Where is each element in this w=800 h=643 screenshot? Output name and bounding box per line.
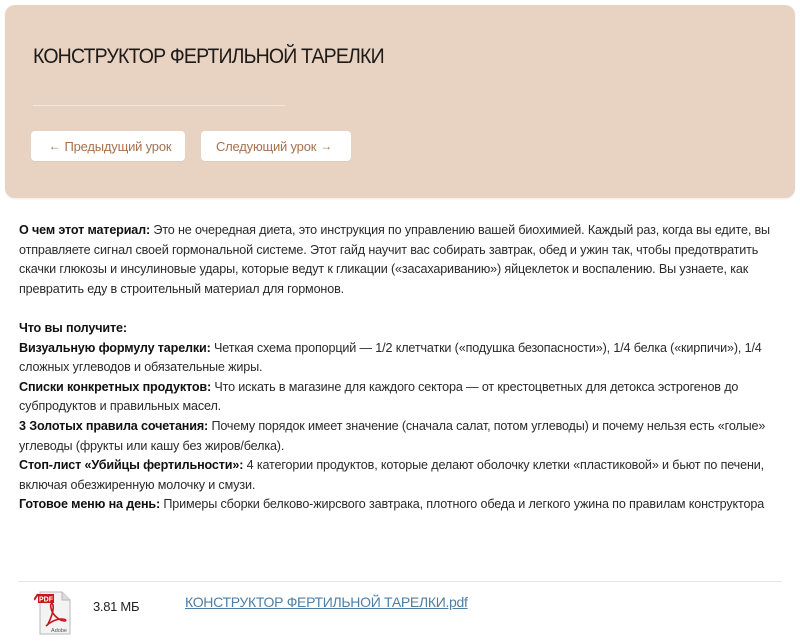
- header-divider: [33, 105, 285, 106]
- intro-paragraph: О чем этот материал: Это не очередная ди…: [19, 221, 789, 299]
- lesson-header: КОНСТРУКТОР ФЕРТИЛЬНОЙ ТАРЕЛКИ ← Предыду…: [5, 5, 795, 198]
- pdf-file-icon[interactable]: PDF Adobe: [34, 590, 74, 636]
- previous-lesson-label: Предыдущий урок: [64, 139, 171, 154]
- previous-lesson-button[interactable]: ← Предыдущий урок: [31, 131, 185, 161]
- arrow-right-icon: →: [320, 139, 332, 153]
- arrow-left-icon: ←: [49, 139, 61, 153]
- svg-text:PDF: PDF: [39, 597, 54, 604]
- next-lesson-label: Следующий урок: [216, 139, 316, 154]
- lesson-description: О чем этот материал: Это не очередная ди…: [19, 221, 789, 515]
- benefits-heading: Что вы получите:: [19, 319, 789, 339]
- benefit-item: Визуальную формулу тарелки: Четкая схема…: [19, 339, 789, 378]
- svg-text:Adobe: Adobe: [51, 628, 67, 634]
- page-title: КОНСТРУКТОР ФЕРТИЛЬНОЙ ТАРЕЛКИ: [33, 45, 384, 69]
- benefit-item: Готовое меню на день: Примеры сборки бел…: [19, 495, 789, 515]
- benefit-item: Стоп-лист «Убийцы фертильности»: 4 катег…: [19, 456, 789, 495]
- benefit-item: Списки конкретных продуктов: Что искать …: [19, 378, 789, 417]
- file-size: 3.81 МБ: [93, 599, 139, 614]
- file-download-link[interactable]: КОНСТРУКТОР ФЕРТИЛЬНОЙ ТАРЕЛКИ.pdf: [185, 594, 468, 610]
- intro-label: О чем этот материал:: [19, 223, 150, 237]
- attachment-divider: [18, 581, 782, 582]
- next-lesson-button[interactable]: Следующий урок →: [201, 131, 351, 161]
- benefit-item: 3 Золотых правила сочетания: Почему поря…: [19, 417, 789, 456]
